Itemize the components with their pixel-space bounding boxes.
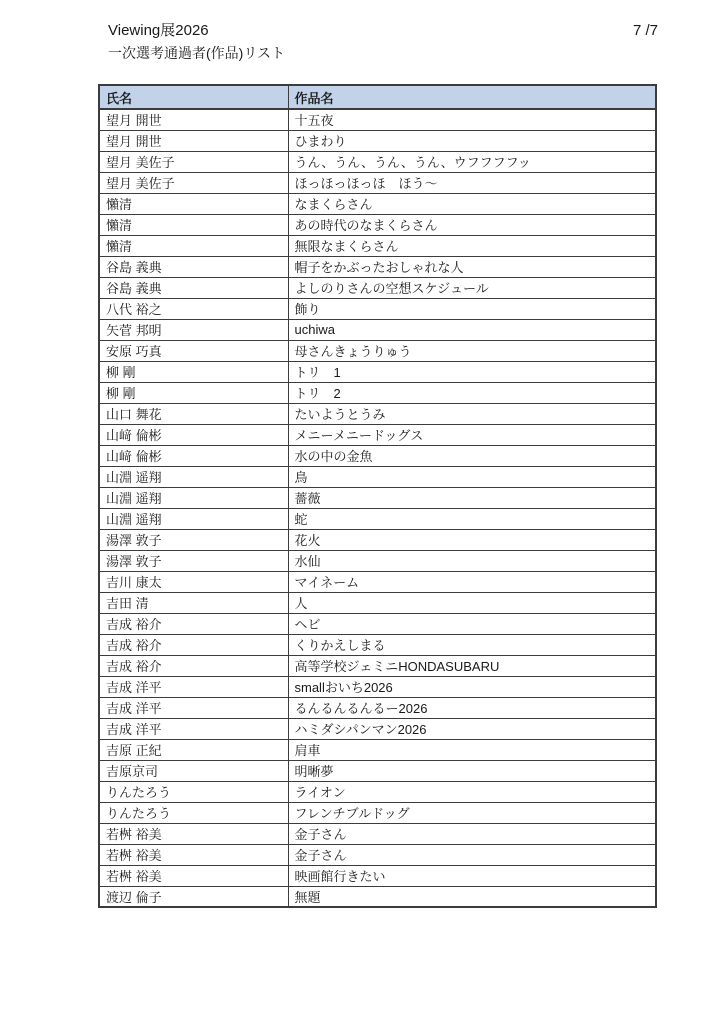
table-row: りんたろうフレンチブルドッグ: [99, 802, 656, 823]
name-cell: 湯澤 敦子: [99, 550, 288, 571]
work-cell: マイネーム: [288, 571, 656, 592]
name-cell: 吉原 正紀: [99, 739, 288, 760]
work-cell: smallおいち2026: [288, 676, 656, 697]
document-title: Viewing展2026: [108, 20, 658, 42]
work-cell: ヘビ: [288, 613, 656, 634]
name-cell: 吉田 清: [99, 592, 288, 613]
name-cell: 望月 美佐子: [99, 172, 288, 193]
table-row: 懶清無限なまくらさん: [99, 235, 656, 256]
work-cell: 蛇: [288, 508, 656, 529]
work-cell: なまくらさん: [288, 193, 656, 214]
work-cell: 無限なまくらさん: [288, 235, 656, 256]
work-cell: トリ 2: [288, 382, 656, 403]
table-row: 望月 美佐子うん、うん、うん、うん、ウフフフフッ: [99, 151, 656, 172]
name-cell: 吉成 洋平: [99, 718, 288, 739]
name-cell: 吉原京司: [99, 760, 288, 781]
work-cell: 人: [288, 592, 656, 613]
work-cell: 帽子をかぶったおしゃれな人: [288, 256, 656, 277]
work-cell: 母さんきょうりゅう: [288, 340, 656, 361]
name-cell: 山口 舞花: [99, 403, 288, 424]
name-cell: 若桝 裕美: [99, 823, 288, 844]
table-row: 望月 美佐子ほっほっほっほ ほう〜: [99, 172, 656, 193]
table-row: 八代 裕之飾り: [99, 298, 656, 319]
work-cell: るんるんるんるー2026: [288, 697, 656, 718]
name-cell: 望月 開世: [99, 109, 288, 130]
table-row: 吉成 裕介くりかえしまる: [99, 634, 656, 655]
work-cell: 高等学校ジェミニHONDASUBARU: [288, 655, 656, 676]
table-row: 渡辺 倫子無題: [99, 886, 656, 907]
work-cell: 金子さん: [288, 844, 656, 865]
table-row: 山﨑 倫彬水の中の金魚: [99, 445, 656, 466]
work-cell: たいようとうみ: [288, 403, 656, 424]
name-cell: 若桝 裕美: [99, 865, 288, 886]
document-header: Viewing展2026 一次選考通過者(作品)リスト: [108, 20, 658, 64]
work-cell: 無題: [288, 886, 656, 907]
name-cell: りんたろう: [99, 802, 288, 823]
table-header-row: 氏名 作品名: [99, 85, 656, 109]
name-cell: 若桝 裕美: [99, 844, 288, 865]
table-row: 吉成 洋平るんるんるんるー2026: [99, 697, 656, 718]
work-cell: 水の中の金魚: [288, 445, 656, 466]
table-row: 湯澤 敦子花火: [99, 529, 656, 550]
table-row: 懶清なまくらさん: [99, 193, 656, 214]
table-row: 安原 巧真母さんきょうりゅう: [99, 340, 656, 361]
name-cell: 懶清: [99, 214, 288, 235]
work-cell: 水仙: [288, 550, 656, 571]
name-cell: 吉成 裕介: [99, 613, 288, 634]
table-row: 吉成 洋平smallおいち2026: [99, 676, 656, 697]
table-row: 矢菅 邦明uchiwa: [99, 319, 656, 340]
table-row: 山淵 遥翔鳥: [99, 466, 656, 487]
table-row: 柳 剛トリ 1: [99, 361, 656, 382]
table-row: 吉田 清人: [99, 592, 656, 613]
name-cell: りんたろう: [99, 781, 288, 802]
name-cell: 望月 開世: [99, 130, 288, 151]
work-cell: メニーメニードッグス: [288, 424, 656, 445]
work-cell: 花火: [288, 529, 656, 550]
name-cell: 吉成 裕介: [99, 655, 288, 676]
table-body: 望月 開世十五夜望月 開世ひまわり望月 美佐子うん、うん、うん、うん、ウフフフフ…: [99, 109, 656, 907]
work-cell: くりかえしまる: [288, 634, 656, 655]
name-cell: 山淵 遥翔: [99, 508, 288, 529]
table-row: りんたろうライオン: [99, 781, 656, 802]
table-row: 谷島 義典帽子をかぶったおしゃれな人: [99, 256, 656, 277]
name-cell: 山淵 遥翔: [99, 487, 288, 508]
table-row: 吉成 裕介高等学校ジェミニHONDASUBARU: [99, 655, 656, 676]
table-row: 山淵 遥翔薔薇: [99, 487, 656, 508]
table-row: 吉成 洋平ハミダシパンマン2026: [99, 718, 656, 739]
name-cell: 山﨑 倫彬: [99, 445, 288, 466]
name-cell: 山淵 遥翔: [99, 466, 288, 487]
table-row: 若桝 裕美映画館行きたい: [99, 865, 656, 886]
work-cell: ほっほっほっほ ほう〜: [288, 172, 656, 193]
applicant-works-table: 氏名 作品名 望月 開世十五夜望月 開世ひまわり望月 美佐子うん、うん、うん、う…: [98, 84, 657, 908]
work-cell: uchiwa: [288, 319, 656, 340]
work-cell: フレンチブルドッグ: [288, 802, 656, 823]
work-cell: 鳥: [288, 466, 656, 487]
work-cell: ライオン: [288, 781, 656, 802]
name-cell: 懶清: [99, 235, 288, 256]
table-row: 谷島 義典よしのりさんの空想スケジュール: [99, 277, 656, 298]
name-cell: 安原 巧真: [99, 340, 288, 361]
name-cell: 山﨑 倫彬: [99, 424, 288, 445]
table-row: 若桝 裕美金子さん: [99, 844, 656, 865]
page-number: 7 /7: [633, 20, 658, 42]
work-cell: うん、うん、うん、うん、ウフフフフッ: [288, 151, 656, 172]
table-row: 望月 開世十五夜: [99, 109, 656, 130]
work-cell: 飾り: [288, 298, 656, 319]
table-row: 望月 開世ひまわり: [99, 130, 656, 151]
work-cell: ハミダシパンマン2026: [288, 718, 656, 739]
work-cell: あの時代のなまくらさん: [288, 214, 656, 235]
name-cell: 吉成 洋平: [99, 697, 288, 718]
name-cell: 懶清: [99, 193, 288, 214]
work-cell: 明晰夢: [288, 760, 656, 781]
work-cell: 十五夜: [288, 109, 656, 130]
table-row: 湯澤 敦子水仙: [99, 550, 656, 571]
table-row: 山﨑 倫彬メニーメニードッグス: [99, 424, 656, 445]
table-header: 氏名 作品名: [99, 85, 656, 109]
name-cell: 矢菅 邦明: [99, 319, 288, 340]
name-cell: 吉成 洋平: [99, 676, 288, 697]
work-cell: トリ 1: [288, 361, 656, 382]
table-row: 懶清あの時代のなまくらさん: [99, 214, 656, 235]
name-cell: 渡辺 倫子: [99, 886, 288, 907]
work-cell: よしのりさんの空想スケジュール: [288, 277, 656, 298]
table-row: 吉川 康太マイネーム: [99, 571, 656, 592]
table-row: 吉原 正紀肩車: [99, 739, 656, 760]
table-row: 山淵 遥翔蛇: [99, 508, 656, 529]
document-page: { "page": { "title": "Viewing展2026", "su…: [0, 0, 724, 1024]
table-row: 吉原京司明晰夢: [99, 760, 656, 781]
name-cell: 谷島 義典: [99, 256, 288, 277]
name-cell: 吉成 裕介: [99, 634, 288, 655]
table-row: 吉成 裕介ヘビ: [99, 613, 656, 634]
name-cell: 望月 美佐子: [99, 151, 288, 172]
work-cell: 金子さん: [288, 823, 656, 844]
work-cell: ひまわり: [288, 130, 656, 151]
table-row: 若桝 裕美金子さん: [99, 823, 656, 844]
name-cell: 谷島 義典: [99, 277, 288, 298]
column-header-name: 氏名: [99, 85, 288, 109]
table-row: 山口 舞花たいようとうみ: [99, 403, 656, 424]
work-cell: 映画館行きたい: [288, 865, 656, 886]
work-cell: 肩車: [288, 739, 656, 760]
name-cell: 柳 剛: [99, 361, 288, 382]
name-cell: 吉川 康太: [99, 571, 288, 592]
name-cell: 八代 裕之: [99, 298, 288, 319]
column-header-work: 作品名: [288, 85, 656, 109]
table-row: 柳 剛トリ 2: [99, 382, 656, 403]
work-cell: 薔薇: [288, 487, 656, 508]
document-subtitle: 一次選考通過者(作品)リスト: [108, 42, 658, 64]
name-cell: 湯澤 敦子: [99, 529, 288, 550]
name-cell: 柳 剛: [99, 382, 288, 403]
